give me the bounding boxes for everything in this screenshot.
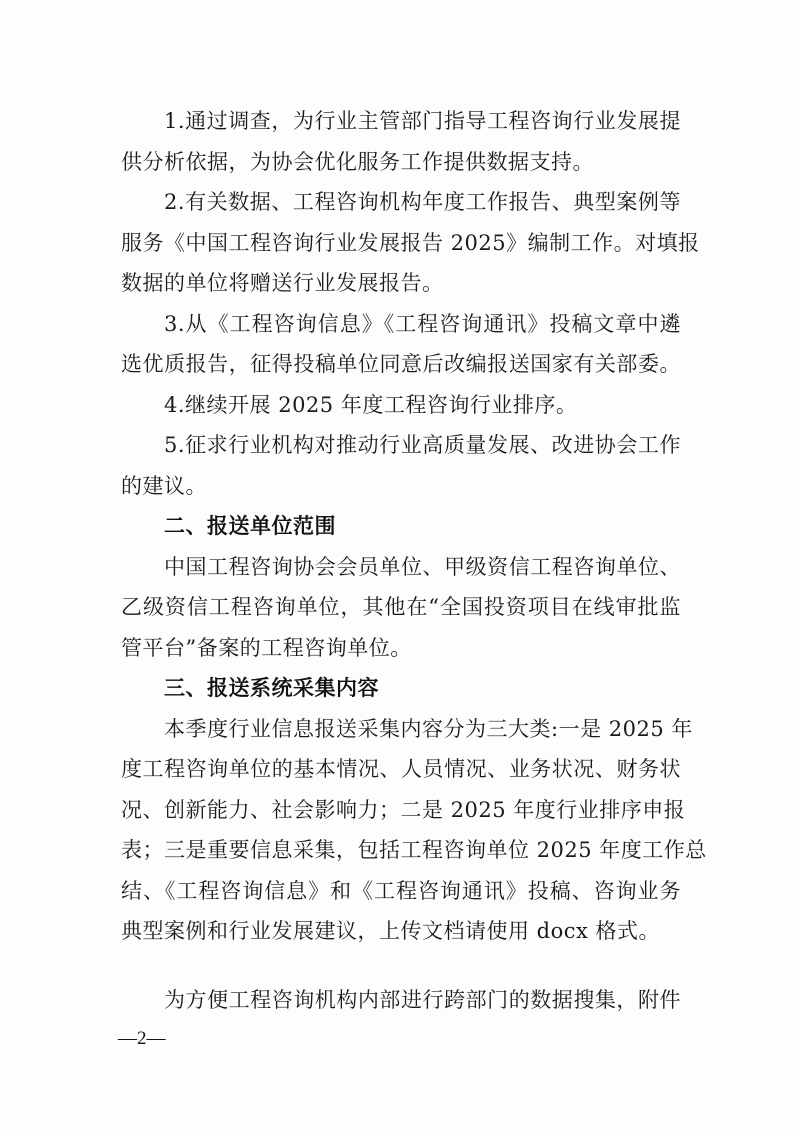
- body-line-22: 为方便工程咨询机构内部进行跨部门的数据搜集，附件: [164, 985, 681, 1015]
- body-line-12: 中国工程咨询协会会员单位、甲级资信工程咨询单位、: [164, 552, 681, 582]
- body-line-19: 表；三是重要信息采集，包括工程咨询单位 2025 年度工作总: [121, 835, 681, 865]
- body-line-14: 管平台”备案的工程咨询单位。: [121, 633, 681, 663]
- body-line-20: 结、《工程咨询信息》和《工程咨询通讯》投稿、咨询业务: [121, 876, 681, 906]
- body-line-13: 乙级资信工程咨询单位，其他在“全国投资项目在线审批监: [121, 592, 681, 622]
- body-line-2: 供分析依据，为协会优化服务工作提供数据支持。: [121, 147, 681, 177]
- body-line-18: 况、创新能力、社会影响力；二是 2025 年度行业排序申报: [121, 795, 681, 825]
- body-line-16: 本季度行业信息报送采集内容分为三大类:一是 2025 年: [164, 714, 681, 744]
- body-line-17: 度工程咨询单位的基本情况、人员情况、业务状况、财务状: [121, 754, 681, 784]
- body-line-21: 典型案例和行业发展建议，上传文档请使用 docx 格式。: [121, 916, 681, 946]
- page-number: —2—: [118, 1028, 166, 1050]
- section-heading-2: 二、报送单位范围: [164, 511, 336, 541]
- body-line-7: 选优质报告，征得投稿单位同意后改编报送国家有关部委。: [121, 349, 681, 379]
- document-page: 1.通过调查，为行业主管部门指导工程咨询行业发展提 供分析依据，为协会优化服务工…: [0, 0, 800, 1131]
- body-line-3: 2.有关数据、工程咨询机构年度工作报告、典型案例等: [164, 187, 681, 217]
- body-line-6: 3.从《工程咨询信息》《工程咨询通讯》投稿文章中遴: [164, 309, 681, 339]
- body-line-10: 的建议。: [121, 471, 681, 501]
- body-line-8: 4.继续开展 2025 年度工程咨询行业排序。: [164, 390, 681, 420]
- body-line-1: 1.通过调查，为行业主管部门指导工程咨询行业发展提: [164, 106, 681, 136]
- section-heading-3: 三、报送系统采集内容: [164, 673, 379, 703]
- body-line-5: 数据的单位将赠送行业发展报告。: [121, 268, 681, 298]
- body-line-4: 服务《中国工程咨询行业发展报告 2025》编制工作。对填报: [121, 228, 681, 258]
- body-line-9: 5.征求行业机构对推动行业高质量发展、改进协会工作: [164, 430, 681, 460]
